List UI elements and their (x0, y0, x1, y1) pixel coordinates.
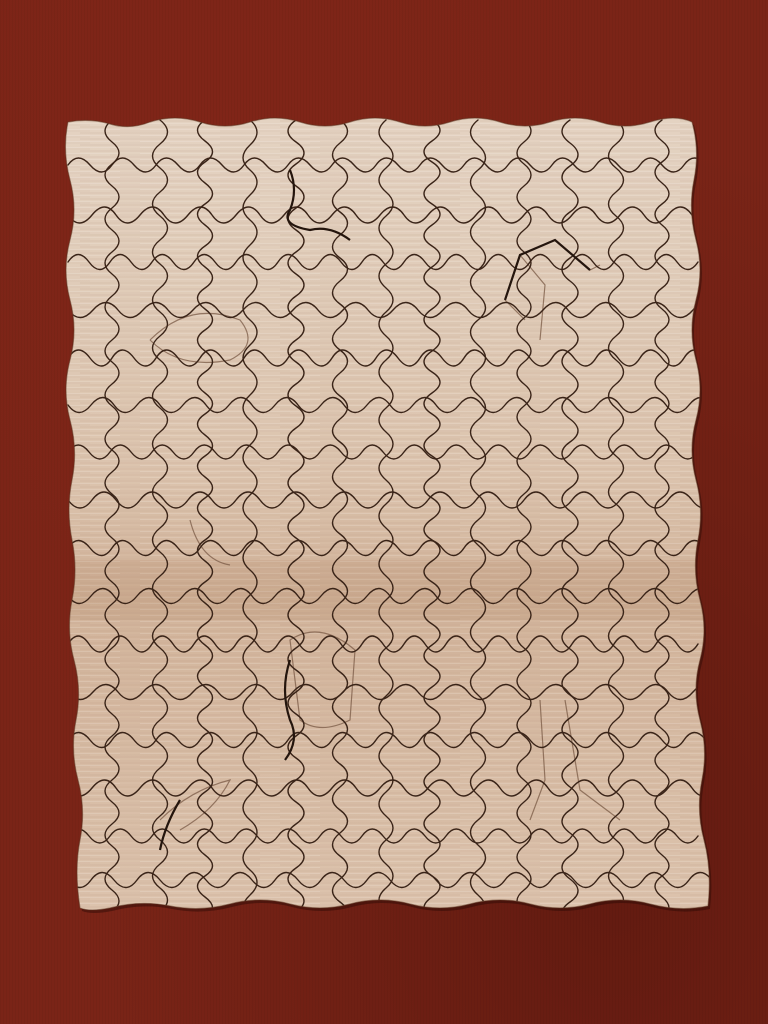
wooden-jigsaw-puzzle (0, 0, 768, 1024)
